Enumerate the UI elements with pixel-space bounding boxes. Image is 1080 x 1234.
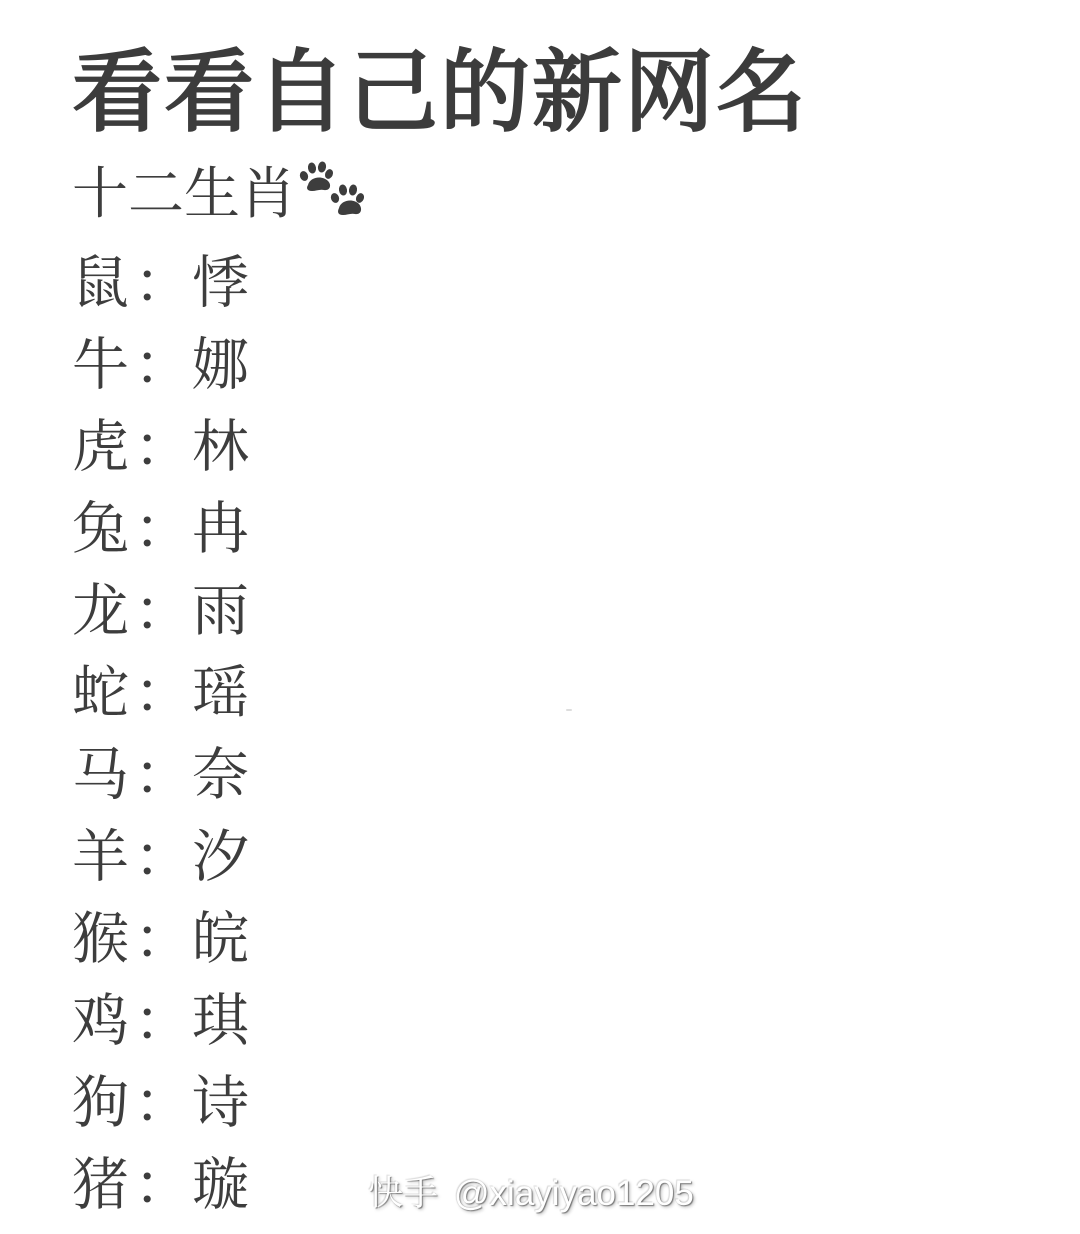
subtitle: 十二生肖	[72, 160, 364, 230]
watermark-brand: 快手	[368, 1174, 438, 1213]
name-value: 汐	[192, 816, 249, 898]
separator: ：	[130, 652, 192, 734]
watermark-handle: @xiayiyao1205	[454, 1174, 694, 1213]
separator: ：	[130, 406, 192, 488]
name-value: 璇	[192, 1144, 249, 1226]
zodiac-label: 狗	[72, 1062, 130, 1144]
list-item-ox: 牛：娜	[72, 324, 472, 406]
name-value: 冉	[192, 488, 249, 570]
separator: ：	[130, 980, 192, 1062]
zodiac-label: 马	[72, 734, 130, 816]
zodiac-label: 牛	[72, 324, 130, 406]
name-value: 雨	[192, 570, 249, 652]
list-item-snake: 蛇：瑶	[72, 652, 472, 734]
separator: ：	[130, 488, 192, 570]
separator: ：	[130, 816, 192, 898]
separator: ：	[130, 324, 192, 406]
name-value: 皖	[192, 898, 249, 980]
zodiac-label: 鸡	[72, 980, 130, 1062]
separator: ：	[130, 1062, 192, 1144]
name-value: 奈	[192, 734, 249, 816]
zodiac-label: 猪	[72, 1144, 130, 1226]
list-item-rat: 鼠：悸	[72, 242, 472, 324]
separator: ：	[130, 570, 192, 652]
page-title: 看看自己的新网名	[72, 38, 808, 148]
list-item-dog: 狗：诗	[72, 1062, 472, 1144]
zodiac-label: 鼠	[72, 242, 130, 324]
list-item-rooster: 鸡：琪	[72, 980, 472, 1062]
zodiac-name-list: 鼠：悸 牛：娜 虎：林 兔：冉 龙：雨 蛇：瑶 马：奈 羊：汐 猴：皖 鸡：琪 …	[72, 242, 472, 1226]
list-item-rabbit: 兔：冉	[72, 488, 472, 570]
watermark: 快手@xiayiyao1205	[368, 1170, 694, 1218]
paw-prints-icon	[298, 161, 364, 221]
image-artifact	[566, 709, 572, 711]
zodiac-label: 龙	[72, 570, 130, 652]
name-value: 悸	[192, 242, 249, 324]
list-item-monkey: 猴：皖	[72, 898, 472, 980]
zodiac-label: 猴	[72, 898, 130, 980]
subtitle-text: 十二生肖	[72, 160, 296, 230]
zodiac-label: 虎	[72, 406, 130, 488]
name-value: 娜	[192, 324, 249, 406]
list-item-dragon: 龙：雨	[72, 570, 472, 652]
zodiac-label: 羊	[72, 816, 130, 898]
separator: ：	[130, 1144, 192, 1226]
separator: ：	[130, 734, 192, 816]
zodiac-label: 蛇	[72, 652, 130, 734]
zodiac-label: 兔	[72, 488, 130, 570]
list-item-tiger: 虎：林	[72, 406, 472, 488]
name-value: 诗	[192, 1062, 249, 1144]
name-value: 林	[192, 406, 249, 488]
name-value: 琪	[192, 980, 249, 1062]
list-item-goat: 羊：汐	[72, 816, 472, 898]
separator: ：	[130, 898, 192, 980]
list-item-horse: 马：奈	[72, 734, 472, 816]
separator: ：	[130, 242, 192, 324]
name-value: 瑶	[192, 652, 249, 734]
